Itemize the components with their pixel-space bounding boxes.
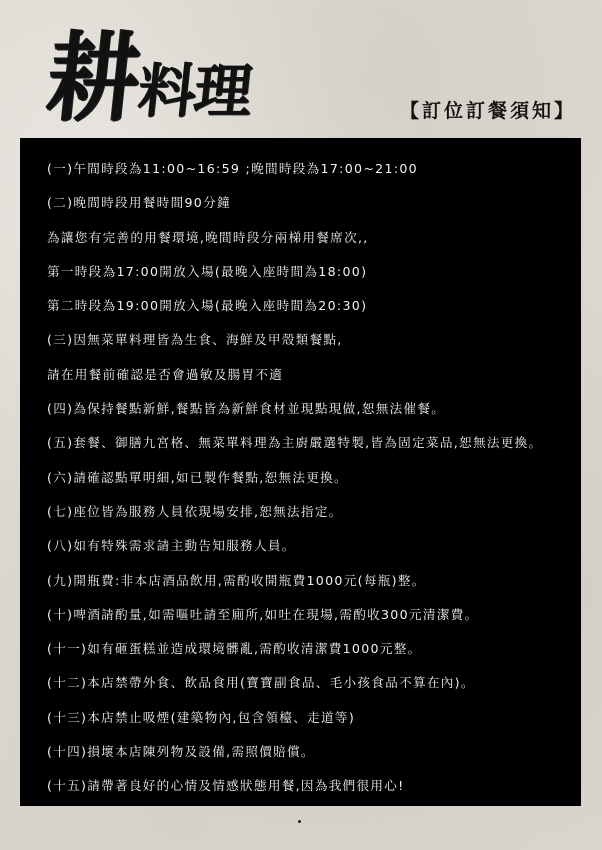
rule-line-5: 第二時段為19:00開放入場(最晚入座時間為20:30) [47,289,581,323]
logo-first-character: 耕 [43,30,141,127]
notice-heading: 【訂位訂餐須知】 [400,96,576,123]
rule-line-1: (一)午間時段為11:00~16:59 ;晚間時段為17:00~21:00 [47,152,581,186]
rule-line-12: (八)如有特殊需求請主動告知服務人員。 [47,529,581,563]
rule-line-7: 請在用餐前確認是否會過敏及腸胃不適 [47,358,581,392]
rule-line-2: (二)晚間時段用餐時間90分鐘 [47,186,581,220]
rule-line-4: 第一時段為17:00開放入場(最晚入座時間為18:00) [47,255,581,289]
rule-line-11: (七)座位皆為服務人員依現場安排,恕無法指定。 [47,495,581,529]
rule-line-10: (六)請確認點單明細,如已製作餐點,恕無法更換。 [47,461,581,495]
rule-line-9: (五)套餐、御膳九宮格、無菜單料理為主廚嚴選特製,皆為固定菜品,恕無法更換。 [47,426,581,460]
rule-line-18: (十四)損壞本店陳列物及設備,需照價賠償。 [47,735,581,769]
rule-line-14: (十)啤酒請酌量,如需嘔吐請至廁所,如吐在現場,需酌收300元清潔費。 [47,598,581,632]
rule-line-19: (十五)請帶著良好的心情及情感狀態用餐,因為我們很用心! [47,769,581,803]
rule-line-6: (三)因無菜單料理皆為生食、海鮮及甲殼類餐點, [47,323,581,357]
logo-rest-characters: 料理 [135,62,253,120]
rules-board: (一)午間時段為11:00~16:59 ;晚間時段為17:00~21:00 (二… [20,138,581,806]
restaurant-logo: 耕 料理 [48,14,250,124]
rule-line-17: (十三)本店禁止吸煙(建築物內,包含領檯、走道等) [47,701,581,735]
paper-speck-decoration [298,820,301,823]
rule-line-15: (十一)如有砸蛋糕並造成環境髒亂,需酌收清潔費1000元整。 [47,632,581,666]
rule-line-13: (九)開瓶費:非本店酒品飲用,需酌收開瓶費1000元(每瓶)整。 [47,564,581,598]
rule-line-3: 為讓您有完善的用餐環境,晚間時段分兩梯用餐席次,, [47,221,581,255]
rule-line-8: (四)為保持餐點新鮮,餐點皆為新鮮食材並現點現做,恕無法催餐。 [47,392,581,426]
rule-line-16: (十二)本店禁帶外食、飲品食用(寶寶副食品、毛小孩食品不算在內)。 [47,666,581,700]
